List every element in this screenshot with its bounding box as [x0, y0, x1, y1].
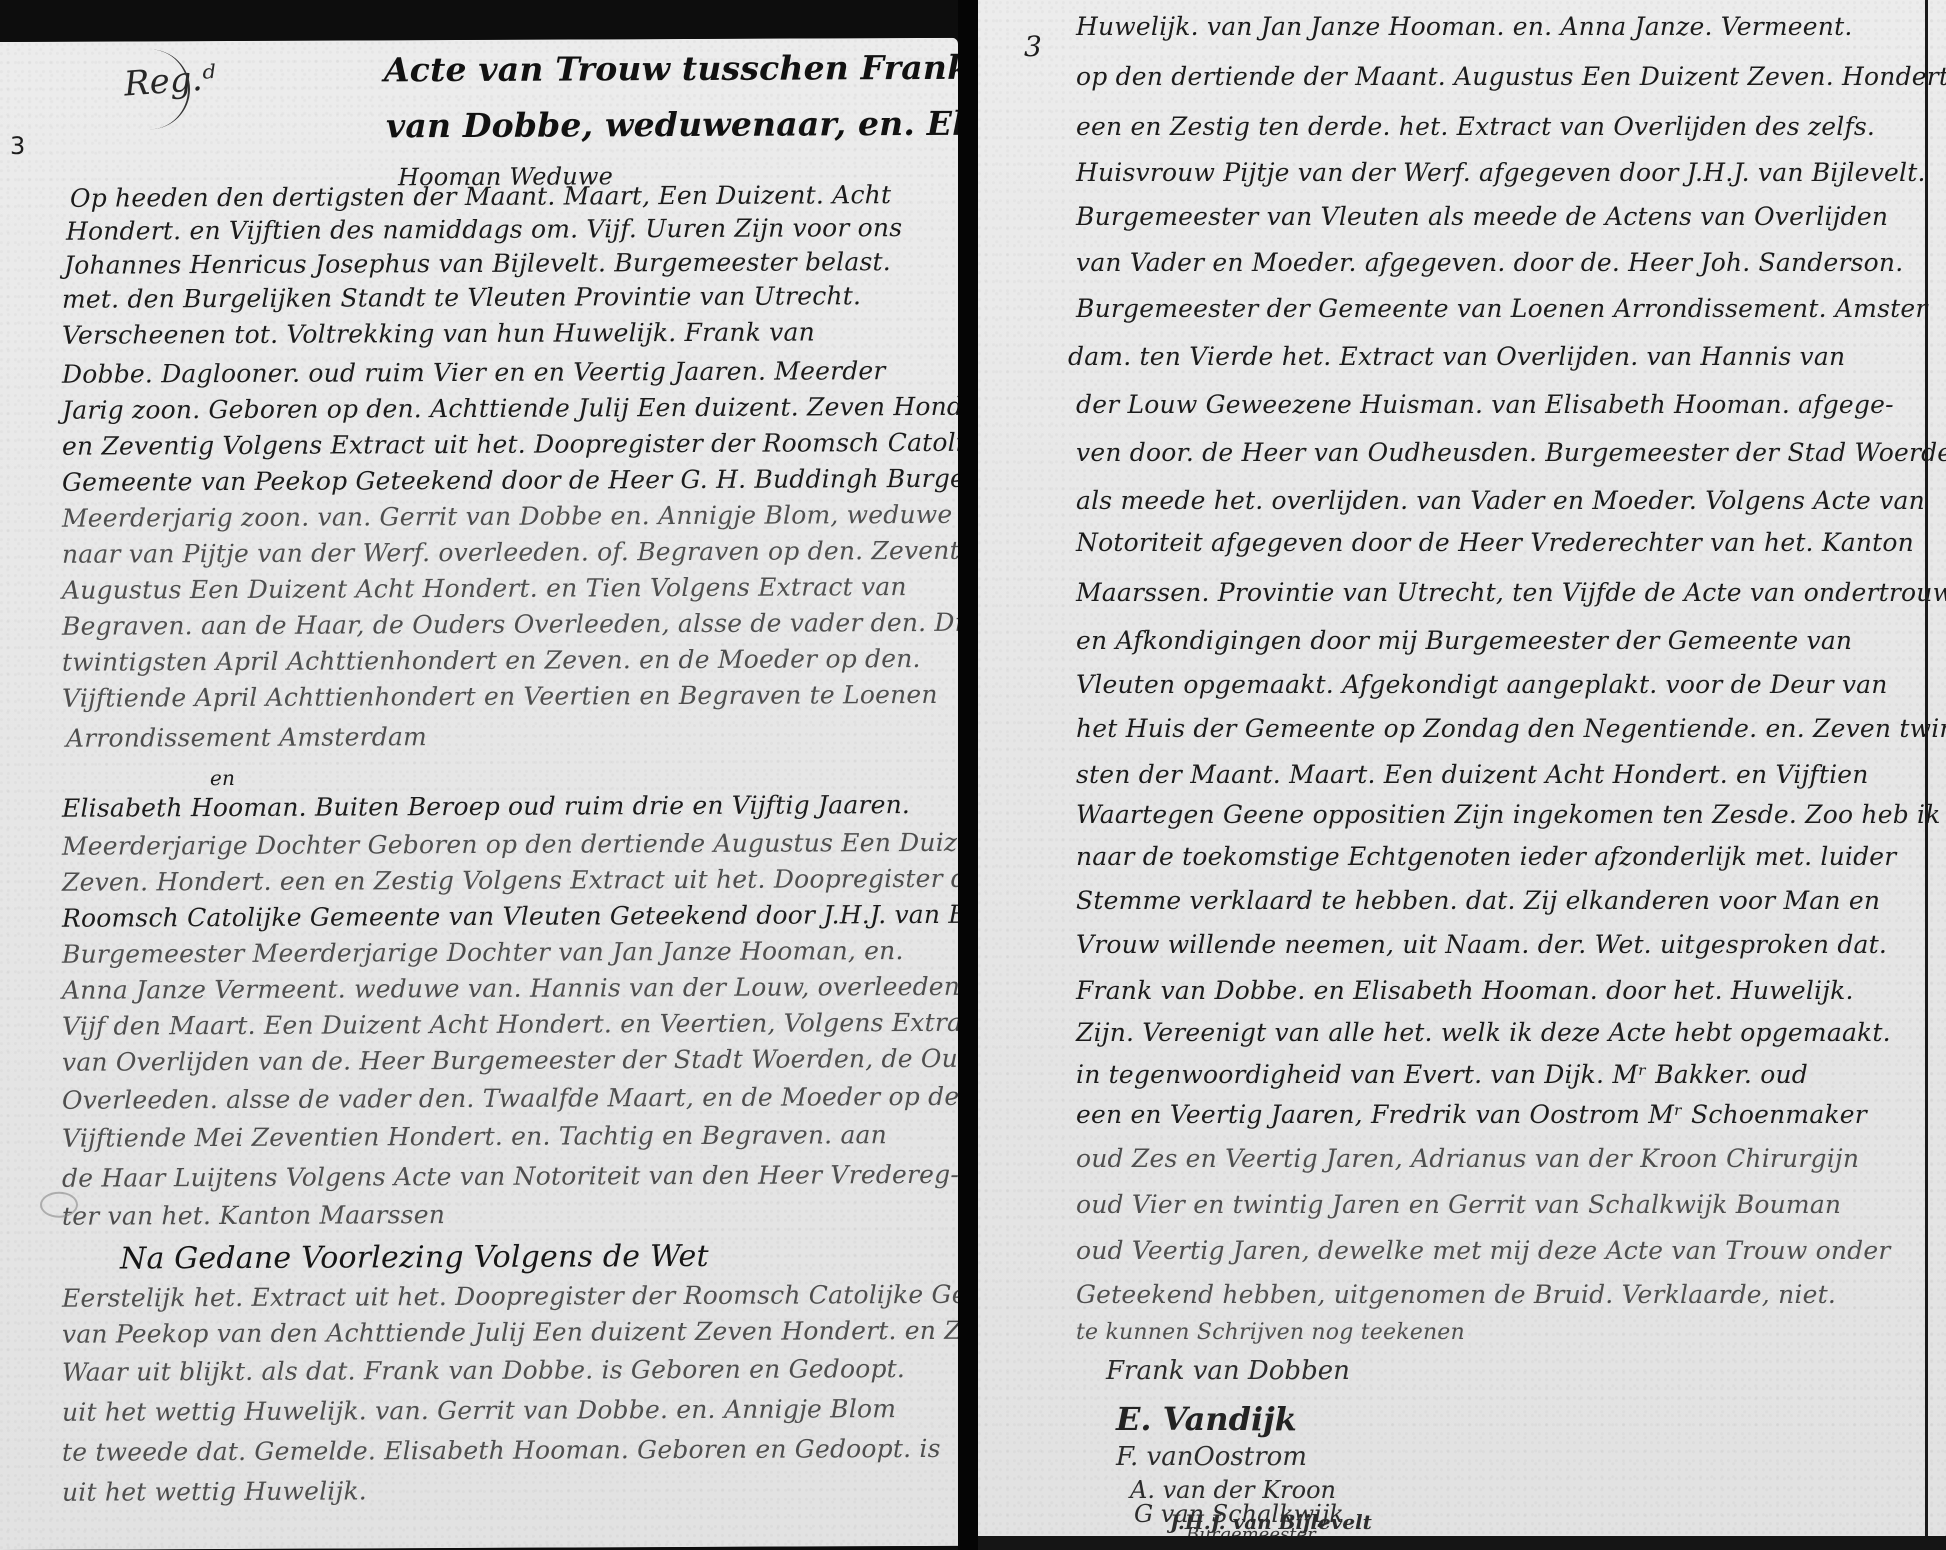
body-line: Johannes Henricus Josephus van Bijlevelt… [64, 247, 891, 281]
record-line: naar de toekomstige Echtgenoten ieder af… [1076, 842, 1896, 872]
record-line: Huisvrouw Pijtje van der Werf. afgegeven… [1076, 158, 1926, 188]
left-page: Reg.ᵈ 3 Acte van Trouw tusschen Frank va… [0, 38, 958, 1550]
body-line: en Zeventig Volgens Extract uit het. Doo… [62, 428, 1002, 462]
body-line: Gemeente van Peekop Geteekend door de He… [62, 463, 1069, 497]
margin-loop-mark [40, 1192, 78, 1218]
record-line: Waartegen Geene oppositien Zijn ingekome… [1076, 800, 1941, 830]
record-line: Notoriteit afgegeven door de Heer Vreder… [1076, 528, 1914, 558]
record-line: Geteekend hebben, uitgenomen de Bruid. V… [1076, 1280, 1836, 1310]
body-line: Augustus Een Duizent Acht Hondert. en Ti… [62, 572, 907, 606]
record-line: Vleuten opgemaakt. Afgekondigt aangeplak… [1076, 670, 1888, 700]
bride-line: Overleeden. alsse de vader den. Twaalfde… [62, 1082, 976, 1116]
record-line: Vrouw willende neemen, uit Naam. der. We… [1076, 930, 1887, 960]
body-line: Jarig zoon. Geboren op den. Achttiende J… [62, 392, 1009, 426]
body-line: Arrondissement Amsterdam [66, 722, 427, 754]
bride-line: Elisabeth Hooman. Buiten Beroep oud ruim… [62, 790, 910, 824]
bride-line: Vijftiende Mei Zeventien Hondert. en. Ta… [62, 1120, 887, 1154]
reading-heading: Na Gedane Voorlezing Volgens de Wet [120, 1239, 709, 1278]
body-line: twintigsten April Achttienhondert en Zev… [62, 644, 921, 678]
bride-line: Anna Janze Vermeent. weduwe van. Hannis … [62, 971, 1055, 1005]
reading-line: Eerstelijk het. Extract uit het. Doopreg… [62, 1279, 1062, 1313]
bride-line-text: Elisabeth Hooman. Buiten Beroep oud ruim… [62, 790, 910, 823]
record-line: in tegenwoordigheid van Evert. van Dijk.… [1076, 1060, 1808, 1090]
body-line: Verscheenen tot. Voltrekking van hun Huw… [62, 317, 815, 350]
page-number: 3 [10, 132, 25, 160]
right-page: 3 Huwelijk. van Jan Janze Hooman. en. An… [978, 0, 1946, 1538]
book-gutter [958, 0, 978, 1550]
record-line: oud Vier en twintig Jaren en Gerrit van … [1076, 1190, 1841, 1220]
page-number: 3 [1024, 30, 1042, 63]
record-line: van Vader en Moeder. afgegeven. door de.… [1076, 248, 1903, 278]
bride-line: de Haar Luijtens Volgens Acte van Notori… [62, 1160, 959, 1194]
body-line: Op heeden den dertigsten der Maant. Maar… [70, 180, 891, 214]
record-line: als meede het. overlijden. van Vader en … [1076, 486, 1925, 516]
record-line: ven door. de Heer van Oudheusden. Burgem… [1076, 438, 1946, 468]
bride-line: ter van het. Kanton Maarssen [62, 1200, 445, 1232]
record-line: te kunnen Schrijven nog teekenen [1076, 1318, 1465, 1348]
record-line: sten der Maant. Maart. Een duizent Acht … [1076, 760, 1869, 790]
record-title-line-1: Acte van Trouw tusschen Frank [384, 48, 970, 91]
record-line: dam. ten Vierde het. Extract van Overlij… [1068, 342, 1845, 372]
reading-line: te tweede dat. Gemelde. Elisabeth Hooman… [62, 1434, 941, 1468]
signature-witness-2: F. vanOostrom [1116, 1442, 1307, 1472]
record-line: der Louw Geweezene Huisman. van Elisabet… [1076, 390, 1894, 420]
record-line: Zijn. Vereenigt van alle het. welk ik de… [1076, 1018, 1891, 1048]
record-line: Stemme verklaard te hebben. dat. Zij elk… [1076, 886, 1880, 916]
reading-line: uit het wettig Huwelijk. [62, 1476, 367, 1507]
body-line: Meerderjarig zoon. van. Gerrit van Dobbe… [62, 500, 952, 534]
bride-line: Roomsch Catolijke Gemeente van Vleuten G… [62, 899, 1054, 933]
record-line: een en Veertig Jaaren, Fredrik van Oostr… [1076, 1100, 1867, 1130]
record-line: en Afkondigingen door mij Burgemeester d… [1076, 626, 1852, 656]
body-line: Vijftiende April Achttienhondert en Veer… [62, 680, 938, 714]
body-line: met. den Burgelijken Standt te Vleuten P… [62, 281, 861, 314]
reading-line: van Peekop van den Achttiende Julij Een … [62, 1315, 1057, 1349]
margin-bracket-mark [108, 49, 190, 129]
bride-line: Burgemeester Meerderjarige Dochter van J… [62, 936, 904, 970]
body-line: Dobbe. Daglooner. oud ruim Vier en en Ve… [62, 356, 886, 390]
connector-en: en [210, 763, 235, 793]
body-line: Begraven. aan de Haar, de Ouders Overlee… [62, 608, 1029, 642]
record-line: een en Zestig ten derde. het. Extract va… [1076, 112, 1875, 142]
signature-groom: Frank van Dobben [1106, 1356, 1350, 1386]
record-line: oud Veertig Jaren, dewelke met mij deze … [1076, 1236, 1891, 1266]
record-line: oud Zes en Veertig Jaren, Adrianus van d… [1076, 1144, 1859, 1174]
record-line: Burgemeester der Gemeente van Loenen Arr… [1076, 294, 1928, 324]
reading-line: uit het wettig Huwelijk. van. Gerrit van… [62, 1394, 896, 1428]
page-edge-line [1925, 0, 1928, 1540]
body-line: Hondert. en Vijftien des namiddags om. V… [66, 213, 902, 247]
record-line: het Huis der Gemeente op Zondag den Nege… [1076, 714, 1946, 744]
bride-line: Zeven. Hondert. een en Zestig Volgens Ex… [62, 864, 994, 898]
record-line: Huwelijk. van Jan Janze Hooman. en. Anna… [1076, 12, 1852, 42]
record-line: Maarssen. Provintie van Utrecht, ten Vij… [1076, 578, 1946, 608]
bride-line: Vijf den Maart. Een Duizent Acht Hondert… [62, 1008, 987, 1042]
reading-line: Waar uit blijkt. als dat. Frank van Dobb… [62, 1354, 905, 1388]
bride-line: Meerderjarige Dochter Geboren op den der… [62, 828, 999, 862]
body-line: naar van Pijtje van der Werf. overleeden… [62, 536, 1031, 570]
record-line: Frank van Dobbe. en Elisabeth Hooman. do… [1076, 976, 1854, 1006]
record-line: op den dertiende der Maant. Augustus Een… [1076, 62, 1946, 92]
signature-witness-1: E. Vandijk [1116, 1400, 1297, 1438]
record-line: Burgemeester van Vleuten als meede de Ac… [1076, 202, 1888, 232]
bride-line: van Overlijden van de. Heer Burgemeester… [62, 1044, 1014, 1078]
scan-bottom-edge [978, 1536, 1946, 1550]
